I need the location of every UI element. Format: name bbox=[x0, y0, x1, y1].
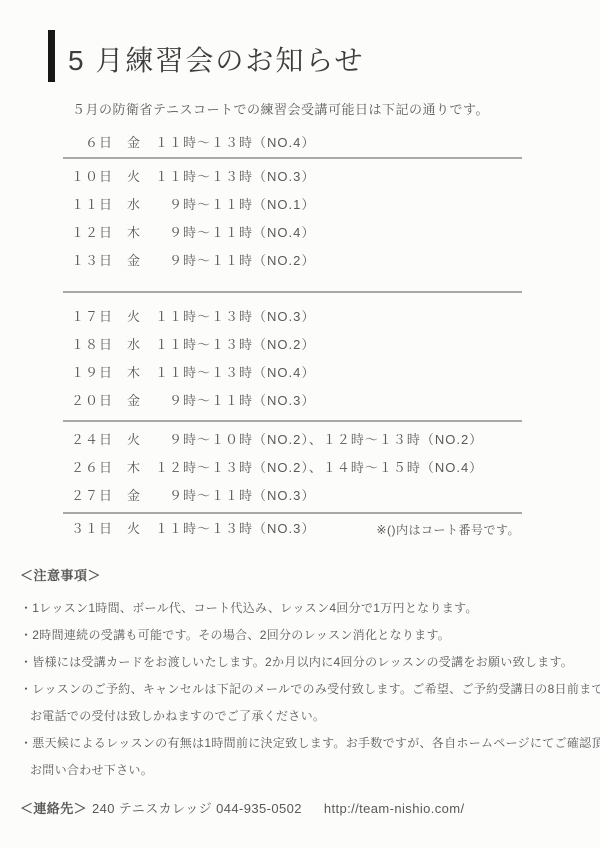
note-item: ・1レッスン1時間、ボール代、コート代込み、レッスン4回分で1万円となります。 bbox=[20, 595, 600, 622]
note-line: ・1レッスン1時間、ボール代、コート代込み、レッスン4回分で1万円となります。 bbox=[20, 595, 600, 622]
schedule-row: １２日 木 ９時～１１時（NO.4） bbox=[63, 219, 522, 247]
note-item: ・2時間連続の受講も可能です。その場合、2回分のレッスン消化となります。 bbox=[20, 622, 600, 649]
contact-info: 240 テニスカレッジ 044-935-0502 bbox=[92, 798, 302, 817]
schedule-divider bbox=[63, 291, 522, 293]
notes-heading: ＜注意事項＞ bbox=[20, 565, 600, 584]
note-line: ・2時間連続の受講も可能です。その場合、2回分のレッスン消化となります。 bbox=[20, 622, 600, 649]
title-block: 5 月練習会のお知らせ bbox=[48, 30, 600, 82]
schedule-divider bbox=[63, 157, 522, 159]
schedule-row: ２０日 金 ９時～１１時（NO.3） bbox=[63, 387, 522, 415]
notes-list: ・1レッスン1時間、ボール代、コート代込み、レッスン4回分で1万円となります。 … bbox=[20, 595, 600, 784]
title-accent-bar bbox=[48, 30, 55, 82]
schedule-divider bbox=[63, 512, 522, 514]
schedule-divider bbox=[63, 420, 522, 422]
contact-label: ＜連絡先＞ bbox=[20, 798, 87, 817]
schedule-group-2: １０日 火 １１時～１３時（NO.3） １１日 水 ９時～１１時（NO.1） １… bbox=[63, 163, 522, 275]
note-line: ・皆様には受講カードをお渡しいたします。2か月以内に4回分のレッスンの受講をお願… bbox=[20, 649, 600, 676]
schedule-row: １７日 火 １１時～１３時（NO.3） bbox=[63, 303, 522, 331]
schedule-row: ２６日 木 １２時～１３時（NO.2）、１４時～１５時（NO.4） bbox=[63, 454, 522, 482]
schedule-row: ２７日 金 ９時～１１時（NO.3） bbox=[63, 482, 522, 510]
intro-text: ５月の防衛省テニスコートでの練習会受講可能日は下記の通りです。 bbox=[72, 99, 600, 118]
note-item: ・悪天候によるレッスンの有無は1時間前に決定致します。お手数ですが、各自ホームペ… bbox=[20, 730, 600, 784]
schedule-row: ３１日 火 １１時～１３時（NO.3） bbox=[63, 515, 315, 543]
note-item: ・レッスンのご予約、キャンセルは下記のメールでのみ受付致します。ご希望、ご予約受… bbox=[20, 676, 600, 730]
page-title: 5 月練習会のお知らせ bbox=[68, 30, 365, 77]
contact-url: http://team-nishio.com/ bbox=[324, 801, 465, 816]
schedule-row: ２４日 火 ９時～１０時（NO.2）、１２時～１３時（NO.2） bbox=[63, 426, 522, 454]
schedule-row: １３日 金 ９時～１１時（NO.2） bbox=[63, 247, 522, 275]
schedule-group-5: ３１日 火 １１時～１３時（NO.3） ※()内はコート番号です。 bbox=[63, 515, 522, 543]
document-page: 5 月練習会のお知らせ ５月の防衛省テニスコートでの練習会受講可能日は下記の通り… bbox=[0, 0, 600, 848]
schedule-table: ６日 金 １１時～１３時（NO.4） １０日 火 １１時～１３時（NO.3） １… bbox=[63, 129, 522, 543]
contact-line: ＜連絡先＞ 240 テニスカレッジ 044-935-0502 http://te… bbox=[20, 798, 600, 817]
note-line: ・レッスンのご予約、キャンセルは下記のメールでのみ受付致します。ご希望、ご予約受… bbox=[20, 676, 600, 703]
schedule-row: １９日 木 １１時～１３時（NO.4） bbox=[63, 359, 522, 387]
note-item: ・皆様には受講カードをお渡しいたします。2か月以内に4回分のレッスンの受講をお願… bbox=[20, 649, 600, 676]
court-number-note: ※()内はコート番号です。 bbox=[376, 521, 522, 538]
schedule-group-3: １７日 火 １１時～１３時（NO.3） １８日 水 １１時～１３時（NO.2） … bbox=[63, 303, 522, 415]
schedule-group-1: ６日 金 １１時～１３時（NO.4） bbox=[63, 129, 522, 157]
note-line: お電話での受付は致しかねますのでご了承ください。 bbox=[20, 703, 600, 730]
note-line: ・悪天候によるレッスンの有無は1時間前に決定致します。お手数ですが、各自ホームペ… bbox=[20, 730, 600, 757]
schedule-row: １０日 火 １１時～１３時（NO.3） bbox=[63, 163, 522, 191]
note-line: お問い合わせ下さい。 bbox=[20, 757, 600, 784]
schedule-group-4: ２４日 火 ９時～１０時（NO.2）、１２時～１３時（NO.2） ２６日 木 １… bbox=[63, 426, 522, 510]
schedule-row: ６日 金 １１時～１３時（NO.4） bbox=[63, 129, 522, 157]
schedule-row: １８日 水 １１時～１３時（NO.2） bbox=[63, 331, 522, 359]
schedule-row: １１日 水 ９時～１１時（NO.1） bbox=[63, 191, 522, 219]
